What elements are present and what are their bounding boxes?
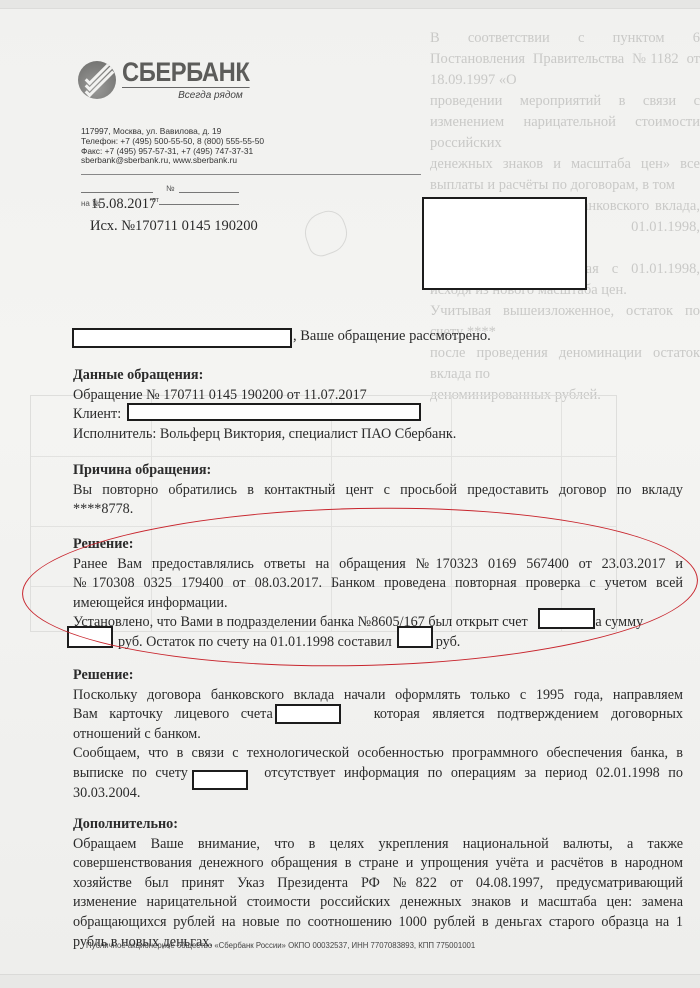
decision-line: отношений с банком. xyxy=(73,725,683,745)
additional-line: Обращаем Ваше внимание, что в целях укре… xyxy=(73,835,683,855)
redacted-amount xyxy=(67,626,113,648)
additional-line: изменение нарицательной стоимости россий… xyxy=(73,893,683,913)
show-through-table-row xyxy=(31,526,616,527)
section-heading: Дополнительно: xyxy=(73,815,683,835)
show-through-line: денежных знаков и масштаба цен» все выпл… xyxy=(430,154,700,196)
decision-line: Сообщаем, что в связи с технологической … xyxy=(73,744,683,764)
section-heading: Причина обращения: xyxy=(73,461,683,481)
redacted-account-number xyxy=(538,608,595,629)
number-label: № xyxy=(166,184,175,193)
decision-text: отсутствует информация по операциям за п… xyxy=(264,764,683,784)
bank-address-block: 117997, Москва, ул. Вавилова, д. 19 Теле… xyxy=(81,127,264,166)
bank-contacts: sberbank@sberbank.ru, www.sberbank.ru xyxy=(81,156,264,166)
redacted-client-name xyxy=(72,328,292,348)
scanned-letter-page: В соответствии с пунктом 6 Постановления… xyxy=(0,0,700,988)
decision-text: Установлено, что Вами в подразделении ба… xyxy=(73,614,528,630)
reply-reference-line: на № 15.08.2017 от xyxy=(81,196,321,216)
greeting-text: , Ваше обращение рассмотрено. xyxy=(293,328,491,345)
redacted-balance xyxy=(397,626,433,648)
decision-text: Вам карточку лицевого счета xyxy=(73,705,273,725)
outgoing-number: Исх. №170711 0145 190200 xyxy=(90,218,258,235)
scan-edge-bottom xyxy=(0,974,700,988)
reason-line: Вы повторно обратились в контактный цент… xyxy=(73,481,683,501)
redacted-account-card xyxy=(275,704,341,724)
section-heading: Решение: xyxy=(73,666,683,686)
sberbank-logo-icon xyxy=(78,61,116,99)
letter-date: 15.08.2017 xyxy=(91,196,156,213)
additional-line: хозяйстве был принят Указ Президента РФ … xyxy=(73,874,683,894)
section-heading: Данные обращения: xyxy=(73,366,683,386)
decision-text: которая является подтверждением договорн… xyxy=(374,705,683,725)
bank-slogan: Всегда рядом xyxy=(122,90,243,101)
legal-footer: Публичное акционерное общество «Сбербанк… xyxy=(86,941,475,950)
decision-line: Ранее Вам предоставлялись ответы на обра… xyxy=(73,555,683,575)
decision-line: руб. Остаток по счету на 01.01.1998 сост… xyxy=(73,633,683,653)
decision-text: руб. Остаток по счету на 01.01.1998 сост… xyxy=(118,634,392,650)
sberbank-logo: СБЕРБАНК Всегда рядом xyxy=(78,58,267,101)
decision-section-1: Решение: Ранее Вам предоставлялись ответ… xyxy=(73,535,683,653)
redacted-addressee xyxy=(422,197,587,290)
from-label: от xyxy=(152,197,159,204)
decision-line: выписке по счету отсутствует информация … xyxy=(73,764,683,784)
show-through-line: В соответствии с пунктом 6 Постановления… xyxy=(430,28,700,91)
show-through-table-row xyxy=(31,456,616,457)
decision-text: на сумму xyxy=(588,614,644,630)
decision-line: 30.03.2004. xyxy=(73,784,683,804)
additional-line: обращающихся рублей на новые по соотноше… xyxy=(73,913,683,933)
decision-section-2: Решение: Поскольку договора банковского … xyxy=(73,666,683,803)
executor-line: Исполнитель: Вольферц Виктория, специали… xyxy=(73,425,683,445)
bank-name: СБЕРБАНК xyxy=(122,58,249,88)
redacted-statement-account xyxy=(192,770,248,790)
redacted-client xyxy=(127,403,421,421)
scan-edge-top xyxy=(0,0,700,9)
show-through-line: проведении мероприятий в связи с изменен… xyxy=(430,91,700,154)
additional-section: Дополнительно: Обращаем Ваше внимание, ч… xyxy=(73,815,683,952)
client-label: Клиент: xyxy=(73,406,121,422)
decision-line: Вам карточку лицевого счета которая явля… xyxy=(73,705,683,725)
decision-text: выписке по счету xyxy=(73,764,188,784)
decision-line: Поскольку договора банковского вклада на… xyxy=(73,686,683,706)
additional-line: совершенствования денежного обращения в … xyxy=(73,854,683,874)
decision-text: руб. xyxy=(436,634,461,650)
reason-line: ****8778. xyxy=(73,500,683,520)
section-heading: Решение: xyxy=(73,535,683,555)
reason-section: Причина обращения: Вы повторно обратилис… xyxy=(73,461,683,520)
letterhead-divider xyxy=(81,174,421,175)
decision-line: №170308 0325 179400 от 08.03.2017. Банко… xyxy=(73,574,683,594)
